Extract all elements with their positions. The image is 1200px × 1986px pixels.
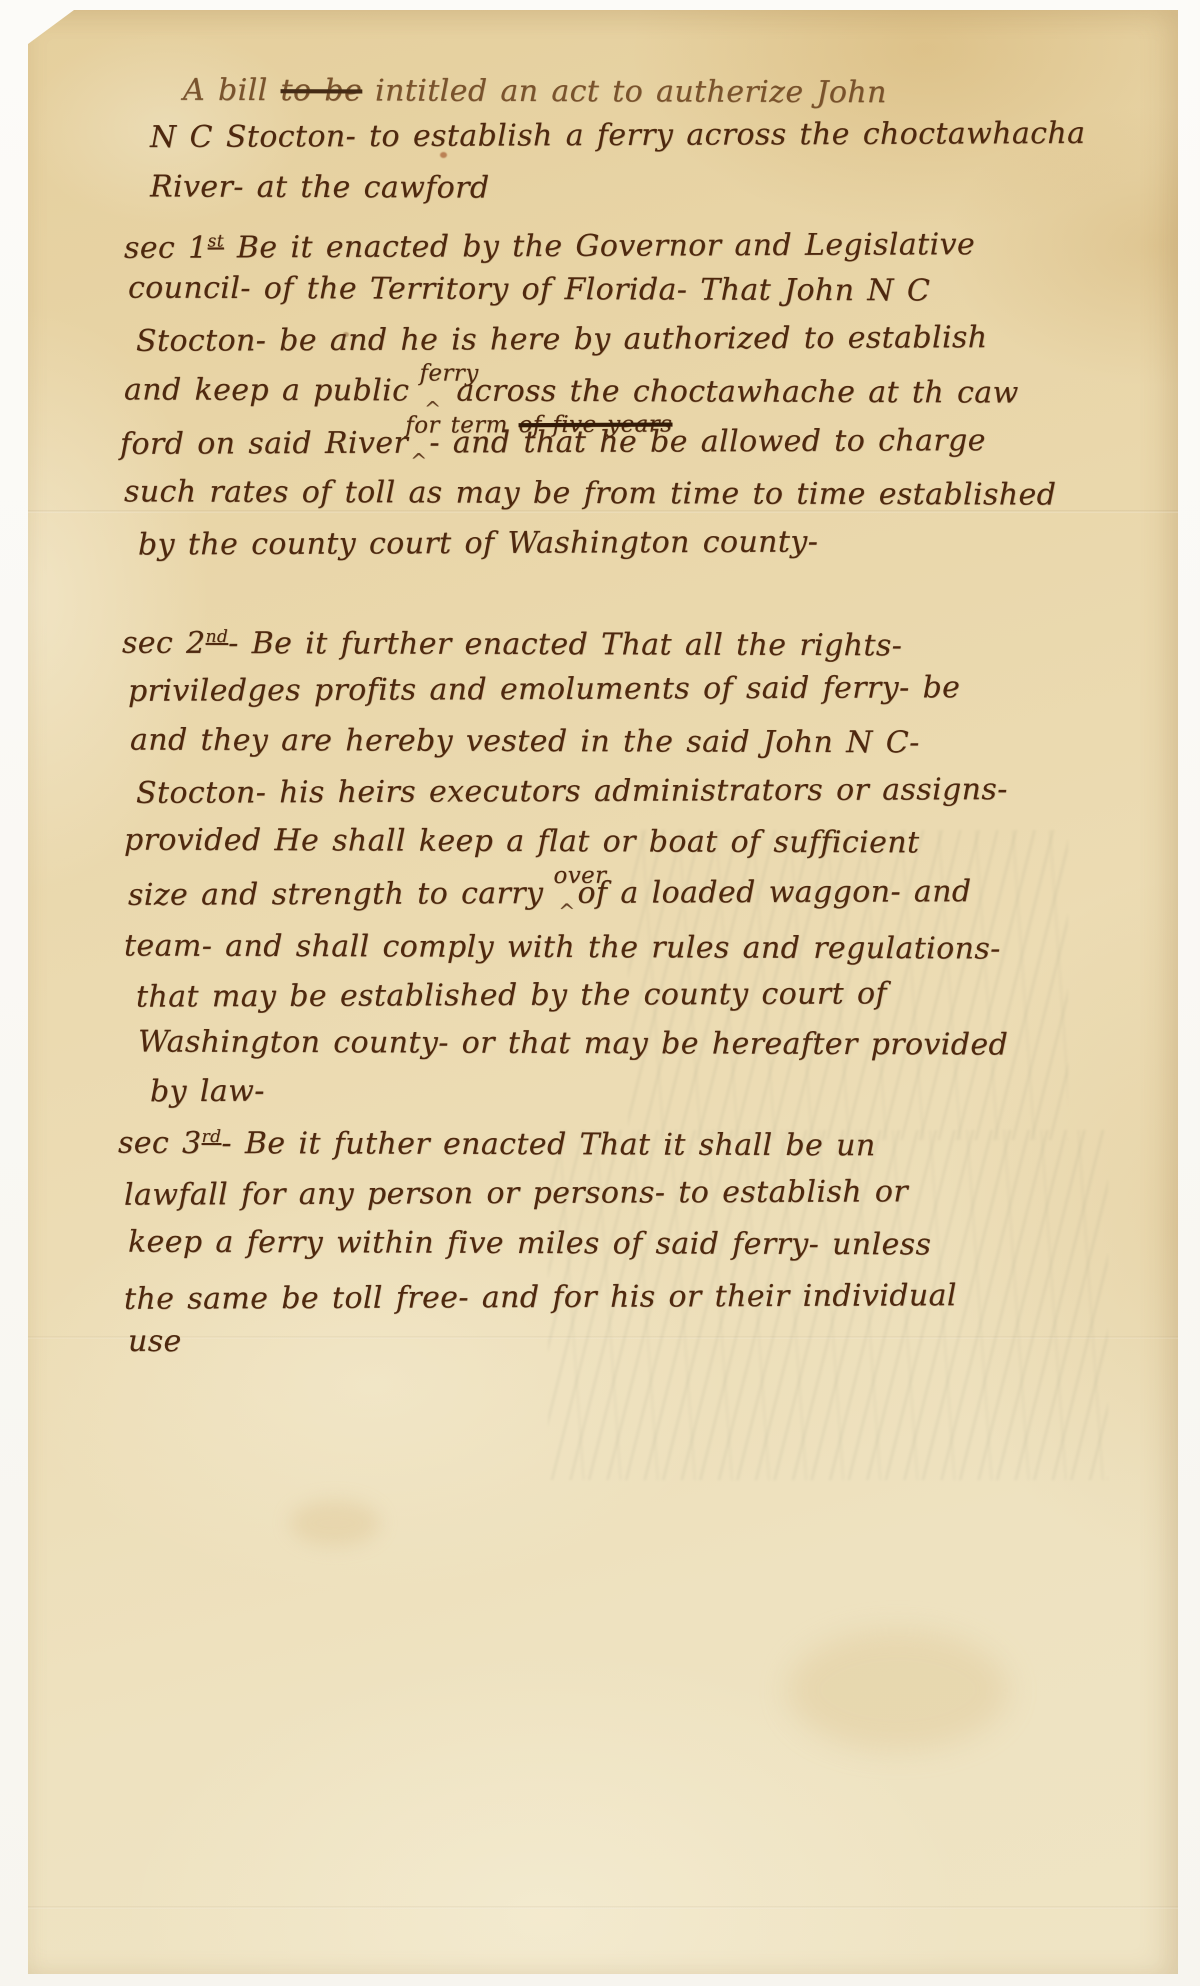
handwritten-text: - Be it further enacted That all the rig… bbox=[228, 626, 902, 663]
caret-insertion-mark: ^ bbox=[558, 891, 575, 931]
struck-text: of five years bbox=[519, 411, 673, 438]
handwritten-text: lawfall for any person or persons- to es… bbox=[124, 1174, 908, 1212]
superscript-text: rd bbox=[202, 1127, 222, 1147]
handwritten-text: over bbox=[553, 863, 606, 889]
handwritten-text: provided He shall keep a flat or boat of… bbox=[124, 823, 920, 861]
handwritten-text: size and strength to carry bbox=[128, 876, 556, 913]
handwritten-text: Be it enacted by the Governor and Legisl… bbox=[224, 227, 975, 265]
inserted-text-above-line: over bbox=[553, 864, 606, 888]
manuscript-line: that may be established by the county co… bbox=[136, 974, 887, 1017]
manuscript-line: size and strength to carry ^overof a loa… bbox=[128, 872, 972, 918]
manuscript-line: Stocton- be and he is here by authorized… bbox=[136, 318, 988, 362]
manuscript-line: priviledges profits and emoluments of sa… bbox=[128, 668, 960, 712]
manuscript-line: use bbox=[128, 1322, 182, 1362]
manuscript-line: such rates of toll as may be from time t… bbox=[124, 472, 1056, 515]
manuscript-line: team- and shall comply with the rules an… bbox=[124, 926, 1001, 969]
handwritten-text: across the choctawhache at th caw bbox=[443, 374, 1018, 411]
paper-stain bbox=[290, 1500, 380, 1546]
handwritten-text: of a loaded waggon- and bbox=[577, 874, 971, 911]
superscript-text: nd bbox=[206, 627, 229, 647]
manuscript-line: A bill to be intitled an act to autheriz… bbox=[183, 71, 887, 113]
handwritten-text: ferry bbox=[419, 360, 478, 386]
inserted-text-above-line: ferry bbox=[419, 361, 478, 385]
handwritten-text: team- and shall comply with the rules an… bbox=[124, 928, 1001, 966]
handwritten-text: the same be toll free- and for his or th… bbox=[124, 1278, 957, 1317]
manuscript-line: Washington county- or that may be hereaf… bbox=[138, 1022, 1008, 1065]
manuscript-line: N C Stocton- to establish a ferry across… bbox=[150, 114, 1086, 158]
handwritten-text: A bill bbox=[183, 73, 281, 108]
handwritten-text: keep a ferry within five miles of said f… bbox=[128, 1225, 931, 1263]
handwritten-text: sec 1 bbox=[124, 230, 208, 265]
manuscript-line: the same be toll free- and for his or th… bbox=[124, 1276, 957, 1320]
superscript-text: st bbox=[208, 231, 224, 251]
handwritten-text: such rates of toll as may be from time t… bbox=[124, 474, 1056, 512]
paper-stain bbox=[788, 1630, 1008, 1750]
manuscript-line: council- of the Territory of Florida- Th… bbox=[128, 269, 930, 312]
handwritten-text: sec 2 bbox=[122, 626, 206, 661]
handwritten-text: sec 3 bbox=[118, 1126, 202, 1161]
manuscript-line: River- at the cawford bbox=[150, 167, 490, 208]
scan-background: A bill to be intitled an act to autheriz… bbox=[0, 0, 1200, 1986]
handwritten-text: for term bbox=[405, 412, 518, 438]
manuscript-line: and keep a public ^ferry across the choc… bbox=[124, 370, 1019, 415]
handwritten-text: by the county court of Washington county… bbox=[138, 525, 818, 563]
handwritten-text: River- at the cawford bbox=[150, 169, 490, 205]
manuscript-line: sec 2nd- Be it further enacted That all … bbox=[122, 617, 902, 667]
manuscript-line: sec 3rd- Be it futher enacted That it sh… bbox=[118, 1117, 876, 1167]
manuscript-line: and they are hereby vested in the said J… bbox=[130, 721, 920, 764]
handwritten-text: priviledges profits and emoluments of sa… bbox=[128, 670, 960, 709]
handwritten-text: ford on said River bbox=[120, 426, 408, 462]
manuscript-line: ford on said River^for term of five year… bbox=[120, 421, 986, 467]
handwritten-text: and they are hereby vested in the said J… bbox=[130, 723, 920, 761]
struck-text: to be bbox=[280, 73, 362, 108]
manuscript-line: by law- bbox=[150, 1072, 265, 1113]
handwritten-text: and keep a public bbox=[124, 372, 422, 408]
handwritten-text: that may be established by the county co… bbox=[136, 976, 887, 1014]
manuscript-page: A bill to be intitled an act to autheriz… bbox=[28, 10, 1178, 1974]
handwritten-text: Stocton- his heirs executors administrat… bbox=[136, 772, 1008, 811]
inserted-text-above-line: for term of five years bbox=[405, 412, 672, 437]
handwritten-text: use bbox=[128, 1324, 182, 1359]
handwritten-text: council- of the Territory of Florida- Th… bbox=[128, 271, 930, 309]
handwritten-text: intitled an act to autherize John bbox=[362, 73, 887, 110]
manuscript-line: by the county court of Washington county… bbox=[138, 523, 818, 566]
handwritten-text: by law- bbox=[150, 1074, 265, 1110]
manuscript-line: sec 1st Be it enacted by the Governor an… bbox=[124, 218, 975, 269]
handwritten-text: N C Stocton- to establish a ferry across… bbox=[150, 116, 1086, 155]
fold-crease bbox=[28, 1906, 1178, 1909]
manuscript-line: lawfall for any person or persons- to es… bbox=[124, 1172, 908, 1215]
handwritten-text: Stocton- be and he is here by authorized… bbox=[136, 320, 988, 359]
handwritten-text: - Be it futher enacted That it shall be … bbox=[221, 1126, 875, 1163]
handwritten-text: Washington county- or that may be hereaf… bbox=[138, 1024, 1008, 1062]
manuscript-line: provided He shall keep a flat or boat of… bbox=[124, 821, 920, 864]
manuscript-line: Stocton- his heirs executors administrat… bbox=[136, 770, 1008, 814]
manuscript-line: keep a ferry within five miles of said f… bbox=[128, 1223, 931, 1266]
